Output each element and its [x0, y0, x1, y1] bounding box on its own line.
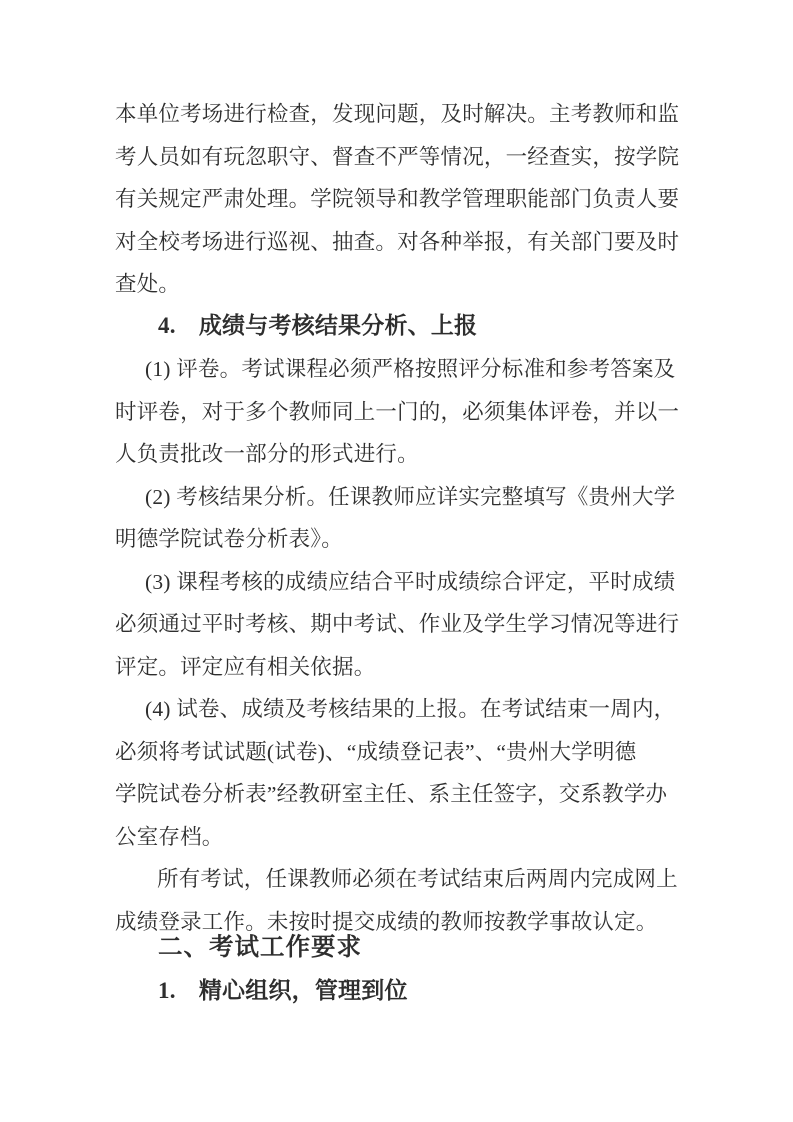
paragraph-line: (1) 评卷。考试课程必须严格按照评分标准和参考答案及	[145, 359, 675, 381]
paragraph-line: 明德学院试卷分析表》。	[115, 529, 343, 551]
section-heading-2: 二、考试工作要求	[158, 936, 362, 961]
paragraph-line: 有关规定严肃处理。学院领导和教学管理职能部门负责人要	[115, 189, 679, 211]
paragraph-line: 本单位考场进行检查，发现问题，及时解决。主考教师和监	[115, 104, 679, 126]
subheading-1: 1. 精心组织，管理到位	[158, 979, 408, 1002]
paragraph-line: (3) 课程考核的成绩应结合平时成绩综合评定，平时成绩	[145, 572, 675, 594]
paragraph-line: 考人员如有玩忽职守、督查不严等情况，一经查实，按学院	[115, 147, 679, 169]
paragraph-line: 成绩登录工作。未按时提交成绩的教师按教学事故认定。	[115, 912, 658, 934]
paragraph-line: (2) 考核结果分析。任课教师应详实完整填写《贵州大学	[145, 487, 675, 509]
paragraph-line: 时评卷，对于多个教师同上一门的，必须集体评卷，并以一	[115, 402, 679, 424]
paragraph-line: 所有考试，任课教师必须在考试结束后两周内完成网上	[157, 869, 678, 891]
paragraph-line: 学院试卷分析表”经教研室主任、系主任签字，交系教学办	[115, 784, 667, 806]
paragraph-line: 公室存档。	[115, 827, 224, 849]
paragraph-line: 对全校考场进行巡视、抽查。对各种举报，有关部门要及时	[115, 232, 679, 254]
paragraph-line: 查处。	[115, 274, 180, 296]
paragraph-line: 必须通过平时考核、期中考试、作业及学生学习情况等进行	[115, 614, 679, 636]
subheading-4: 4. 成绩与考核结果分析、上报	[158, 314, 477, 337]
paragraph-line: 评定。评定应有相关依据。	[115, 657, 375, 679]
paragraph-line: 必须将考试试题(试卷)、“成绩登记表”、“贵州大学明德	[115, 742, 636, 764]
paragraph-line: (4) 试卷、成绩及考核结果的上报。在考试结束一周内，	[145, 699, 675, 721]
document-page: 本单位考场进行检查，发现问题，及时解决。主考教师和监考人员如有玩忽职守、督查不严…	[0, 0, 793, 1122]
paragraph-line: 人负责批改一部分的形式进行。	[115, 444, 419, 466]
